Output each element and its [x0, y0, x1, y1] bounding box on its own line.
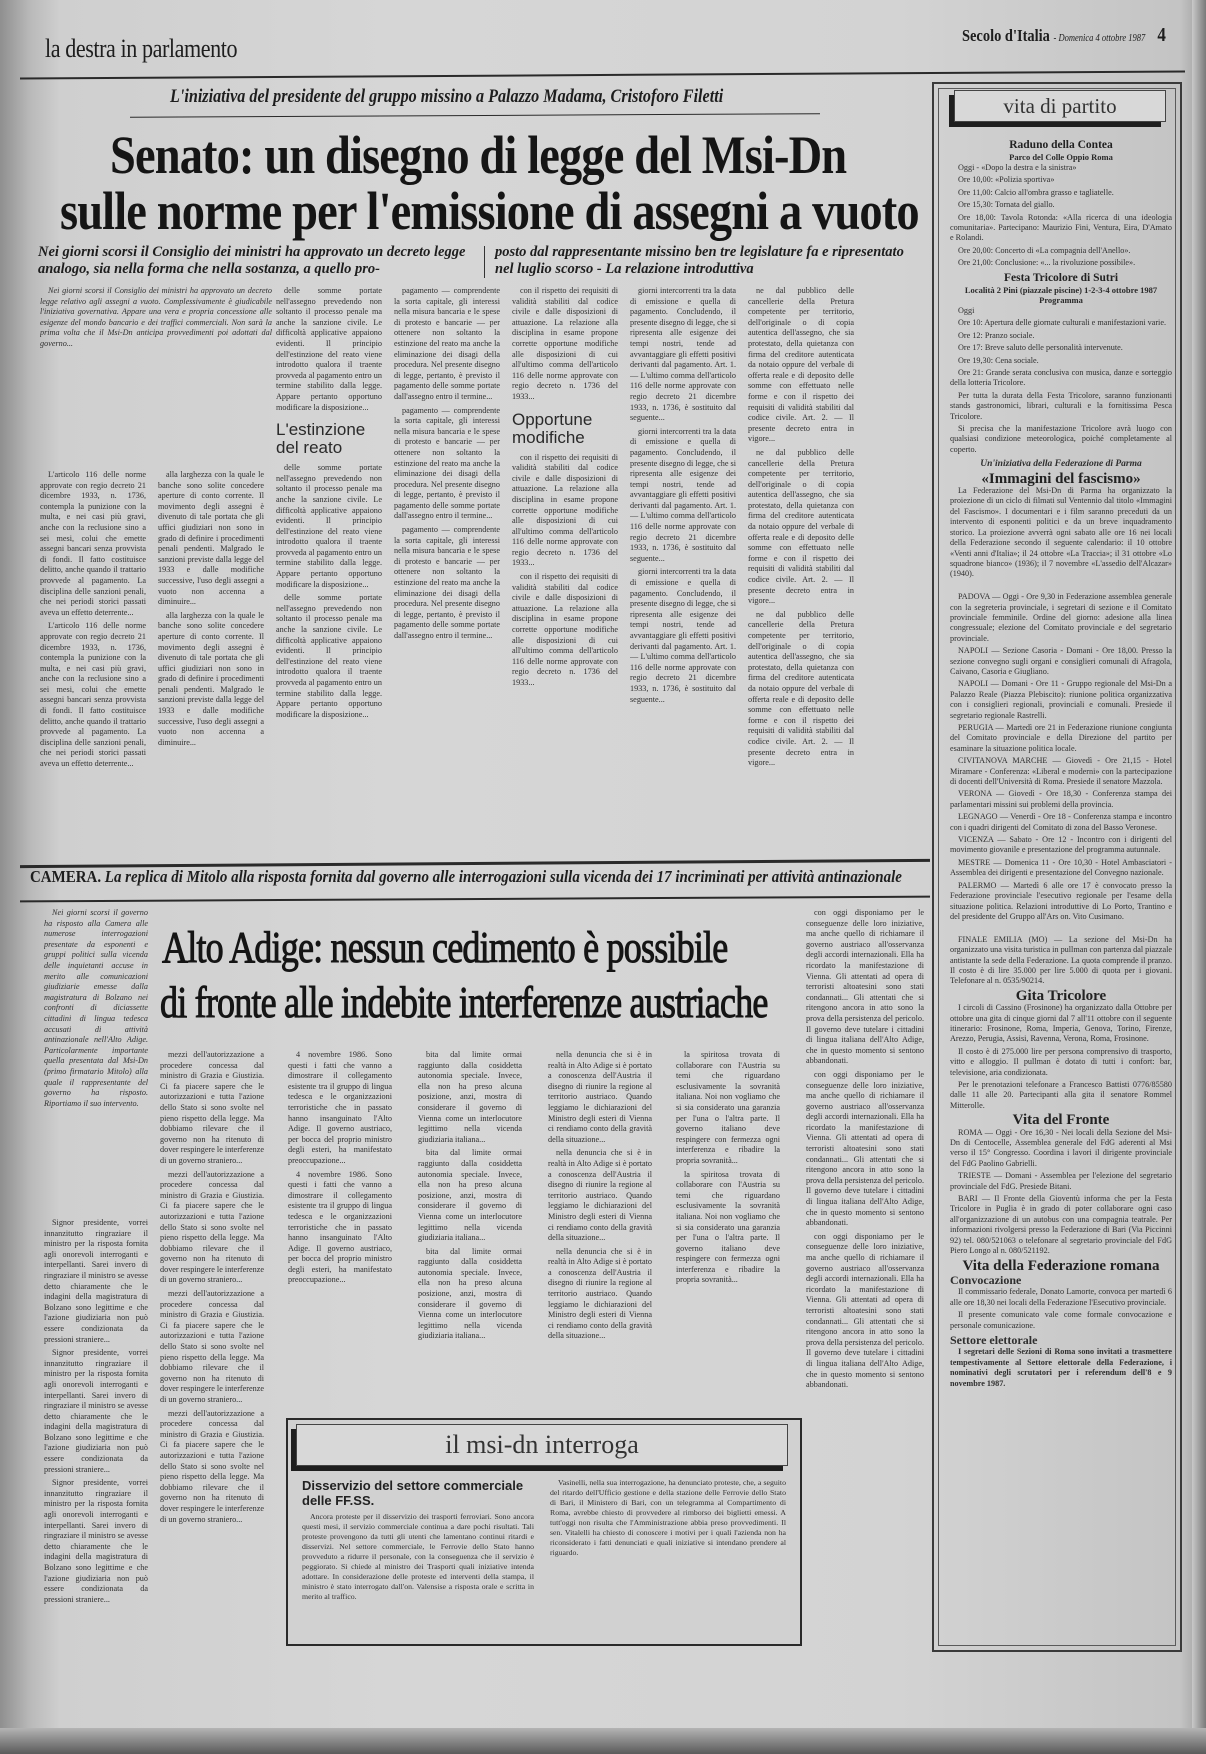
interroga-item-title: Disservizio del settore commerciale dell…: [302, 1478, 532, 1508]
article2-column-2: mezzi dell'autorizzazione a procedere co…: [160, 1050, 264, 1718]
gita-tricolore-title: Gita Tricolore: [950, 991, 1172, 1001]
article2-headline-line1: Alto Adige: nessun cedimento è possibile: [162, 922, 727, 973]
kicker-rule: [130, 113, 820, 118]
interroga-column-1: Ancora proteste per il disservizio dei t…: [302, 1512, 534, 1636]
immagini-fascismo-title: «Immagini del fascismo»: [950, 474, 1172, 484]
article1-deck-right: posto dal rappresentante missino ben tre…: [495, 244, 910, 278]
issue-date: - Domenica 4 ottobre 1987: [1054, 33, 1146, 44]
article1-column-6: giorni intercorrenti tra la data di emis…: [630, 286, 736, 858]
page-bottom-edge: [0, 1728, 1206, 1754]
sidebar-box-title: vita di partito: [954, 90, 1166, 122]
article2-column-1: Signor presidente, vorrei innanzitutto r…: [44, 1218, 148, 1718]
article2-column-7: con oggi disponiamo per le conseguenze d…: [806, 908, 924, 1716]
article1-column-7: ne dal pubblico delle cancellerie della …: [748, 286, 854, 858]
newspaper-page: la destra in parlamento Secolo d'Italia …: [0, 0, 1206, 1754]
article1-column-2: alla larghezza con la quale le banche so…: [158, 470, 264, 858]
sidebar-content: Raduno della Contea Parco del Colle Oppi…: [950, 136, 1172, 1646]
federazione-romana-title: Vita della Federazione romana: [950, 1261, 1172, 1271]
article2-kicker-text: La replica di Mitolo alla risposta forni…: [105, 867, 902, 886]
sidebar-vita-di-partito: vita di partito Raduno della Contea Parc…: [932, 82, 1182, 1652]
article1-column-5: con il rispetto dei requisiti di validit…: [512, 286, 618, 858]
article1-headline-line2: sulle norme per l'emissione di assegni a…: [60, 180, 919, 242]
camera-bottom-rule: [20, 896, 930, 903]
interroga-box: il msi-dn interroga Disservizio del sett…: [286, 1418, 802, 1646]
page-number: 4: [1158, 24, 1167, 46]
vita-del-fronte-title: Vita del Fronte: [950, 1115, 1172, 1125]
interroga-box-title: il msi-dn interroga: [296, 1424, 788, 1466]
subhead-estinzione: L'estinzione del reato: [276, 421, 382, 457]
subhead-modifiche: Opportune modifiche: [512, 411, 618, 447]
article2-column-4: bita dal limite ormai raggiunto dalla co…: [418, 1050, 522, 1410]
raduno-title: Raduno della Contea: [950, 140, 1172, 150]
article1-column-3: delle somme portate nell'assegno prevede…: [276, 286, 382, 858]
festa-tricolore-title: Festa Tricolore di Sutri: [950, 273, 1172, 283]
article1-deck-left: Nei giorni scorsi il Consiglio dei minis…: [38, 244, 478, 278]
newspaper-name: Secolo d'Italia: [962, 26, 1050, 45]
deck-divider: [484, 246, 485, 278]
article2-kicker: CAMERA. La replica di Mitolo alla rispos…: [30, 867, 902, 887]
article1-column-1: L'articolo 116 delle norme approvate con…: [40, 470, 146, 858]
article2-column-3: 4 novembre 1986. Sono questi i fatti che…: [288, 1050, 392, 1410]
interroga-column-2: Vasinelli, nella sua interrogazione, ha …: [550, 1478, 786, 1636]
article2-column-5: nella denuncia che si è in realtà in Alt…: [548, 1050, 652, 1410]
masthead: Secolo d'Italia - Domenica 4 ottobre 198…: [962, 24, 1166, 47]
section-label: la destra in parlamento: [45, 34, 237, 64]
article2-headline-line2: di fronte alle indebite interferenze aus…: [160, 977, 768, 1028]
article1-column-4: pagamento — comprendente la sorta capita…: [394, 286, 500, 858]
page-edge: [1192, 0, 1206, 1754]
header-rule: [20, 70, 1185, 79]
article1-headline-line1: Senato: un disegno di legge del Msi-Dn: [110, 124, 846, 186]
article1-intro: Nei giorni scorsi il Consiglio dei minis…: [40, 286, 272, 464]
article2-intro: Nei giorni scorsi il governo ha risposto…: [44, 908, 148, 1210]
article2-kicker-label: CAMERA.: [30, 867, 101, 886]
article1-kicker: L'iniziativa del presidente del gruppo m…: [170, 86, 723, 108]
article2-column-6: la spiritosa trovata di collaborare con …: [676, 1050, 780, 1410]
